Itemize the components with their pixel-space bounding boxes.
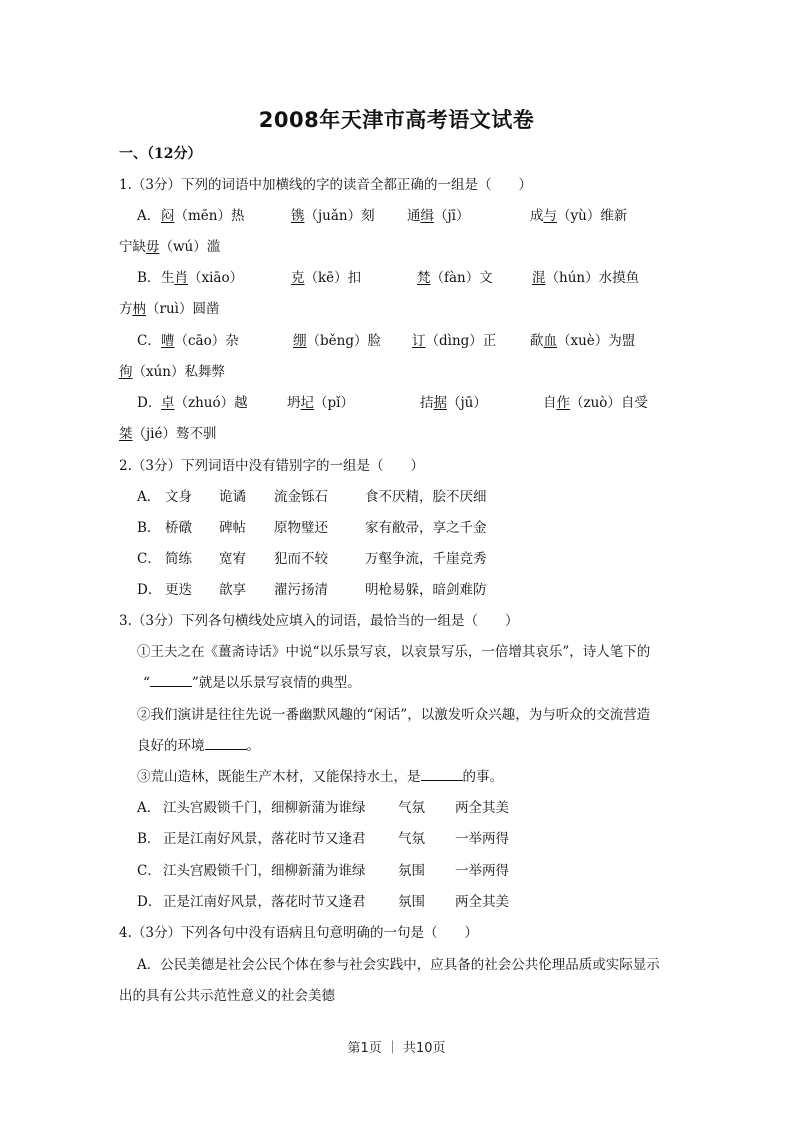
q1-a-item-2: 镌（juǎn）刻: [291, 207, 375, 225]
q4-option-a-line-1: A．公民美德是社会公民个体在参与社会实践中，应具备的社会公共伦理品质或实际显示: [137, 956, 660, 974]
q3-a-word: 气氛: [398, 799, 425, 817]
q3-b-word: 气氛: [398, 830, 425, 848]
option-label: C．: [137, 862, 161, 880]
q2-c-word-3: 犯而不较: [274, 550, 328, 568]
q2-b-word-2: 碑帖: [219, 519, 246, 537]
q3-sentence-2-cont: 良好的环境。: [137, 737, 260, 755]
q3-c-idiom: 一举两得: [455, 862, 509, 880]
q3-b-idiom: 一举两得: [455, 830, 509, 848]
q1-d-item-1: 卓（zhuó）越: [161, 394, 248, 412]
option-label: C．: [137, 550, 161, 568]
q1-b-wrap: 方枘（ruì）圆凿: [119, 300, 219, 318]
q2-a-word-3: 流金铄石: [274, 488, 328, 506]
question-4-stem: 4.（3分）下列各句中没有语病且句意明确的一句是（ ）: [119, 924, 478, 942]
q1-d-wrap: 桀（jié）骜不驯: [119, 425, 217, 443]
option-label: A．: [137, 488, 160, 506]
question-1-stem: 1.（3分）下列的词语中加横线的字的读音全都正确的一组是（ ）: [119, 176, 532, 194]
q2-c-word-4: 万壑争流，千崖竞秀: [365, 550, 487, 568]
option-label: A．: [137, 799, 160, 817]
q2-c-word-2: 宽宥: [219, 550, 246, 568]
q4-option-a-line-2: 出的具有公共示范性意义的社会美德: [119, 987, 335, 1005]
option-label: B．: [137, 519, 160, 537]
q3-b-poem: 正是江南好风景，落花时节又逢君: [163, 830, 366, 848]
question-2-stem: 2.（3分）下列词语中没有错别字的一组是（ ）: [119, 457, 424, 475]
q2-d-word-4: 明枪易躲，暗剑难防: [365, 581, 487, 599]
question-3-stem: 3.（3分）下列各句横线处应填入的词语，最恰当的一组是（ ）: [119, 612, 518, 630]
q2-b-word-4: 家有敝帚，享之千金: [365, 519, 487, 537]
q1-c-item-4: 歃血（xuè）为盟: [530, 332, 635, 350]
q3-d-idiom: 两全其美: [455, 893, 509, 911]
q3-d-word: 氛围: [398, 893, 425, 911]
q3-sentence-3: ③荒山造林，既能生产木材，又能保持水土，是的事。: [137, 768, 503, 786]
q1-b-item-4: 混（hún）水摸鱼: [532, 269, 639, 287]
q3-c-word: 氛围: [398, 862, 425, 880]
fill-blank-2[interactable]: [205, 737, 247, 750]
q1-d-item-3: 拮据（jū）: [420, 394, 487, 412]
option-label: D．: [137, 394, 161, 412]
q2-b-word-3: 原物璧还: [274, 519, 328, 537]
q2-d-word-3: 濯污扬清: [274, 581, 328, 599]
q2-c-word-1: 简练: [165, 550, 192, 568]
q3-a-poem: 江头宫殿锁千门，细柳新蒲为谁绿: [163, 799, 366, 817]
q3-sentence-1-cont: “”就是以乐景写哀情的典型。: [143, 674, 361, 692]
q2-a-word-1: 文身: [165, 488, 192, 506]
q1-c-item-2: 绷（běng）脸: [293, 332, 381, 350]
q3-sentence-2: ②我们演讲是往往先说一番幽默风趣的“闲话”，以激发听众兴趣，为与听众的交流营造: [137, 706, 650, 724]
option-label: D．: [137, 581, 161, 599]
q1-b-item-1: 生肖（xiāo）: [161, 269, 243, 287]
q1-d-item-4: 自作（zuò）自受: [543, 394, 648, 412]
q1-a-item-1: 闷（mēn）热: [161, 207, 245, 225]
q3-d-poem: 正是江南好风景，落花时节又逢君: [163, 893, 366, 911]
option-label: A．: [137, 207, 160, 225]
q1-a-item-4: 成与（yù）维新: [530, 207, 627, 225]
option-label: C．: [137, 332, 161, 350]
q1-a-item-3: 通缉（jī）: [407, 207, 470, 225]
page-footer: 第1页 ｜ 共10页: [0, 1037, 793, 1056]
option-label: D．: [137, 893, 161, 911]
fill-blank-3[interactable]: [421, 768, 463, 781]
page-title: 2008年天津市高考语文试卷: [0, 104, 793, 134]
q1-c-item-3: 订（dìng）正: [412, 332, 496, 350]
q3-a-idiom: 两全其美: [455, 799, 509, 817]
q1-a-wrap: 宁缺毋（wú）滥: [119, 238, 220, 256]
q1-c-wrap: 徇（xún）私舞弊: [119, 363, 225, 381]
q3-sentence-1: ①王夫之在《薑斋诗话》中说“以乐景写哀，以哀景写乐，一倍增其哀乐”，诗人笔下的: [137, 643, 650, 661]
section-heading: 一、（12分）: [119, 145, 201, 163]
fill-blank-1[interactable]: [150, 674, 192, 687]
option-label: B．: [137, 830, 160, 848]
q2-d-word-2: 歆享: [219, 581, 246, 599]
exam-page: 2008年天津市高考语文试卷 一、（12分） 1.（3分）下列的词语中加横线的字…: [0, 0, 793, 1122]
q3-c-poem: 江头宫殿锁千门，细柳新蒲为谁绿: [163, 862, 366, 880]
q1-d-item-2: 坍圮（pǐ）: [287, 394, 354, 412]
q2-d-word-1: 更迭: [165, 581, 192, 599]
q1-b-item-2: 克（kē）扣: [291, 269, 361, 287]
q1-b-item-3: 梵（fàn）文: [417, 269, 493, 287]
q2-b-word-1: 桥礅: [165, 519, 192, 537]
option-label: B．: [137, 269, 160, 287]
q2-a-word-4: 食不厌精，脍不厌细: [365, 488, 487, 506]
q2-a-word-2: 诡谲: [219, 488, 246, 506]
q1-c-item-1: 嘈（cāo）杂: [161, 332, 239, 350]
